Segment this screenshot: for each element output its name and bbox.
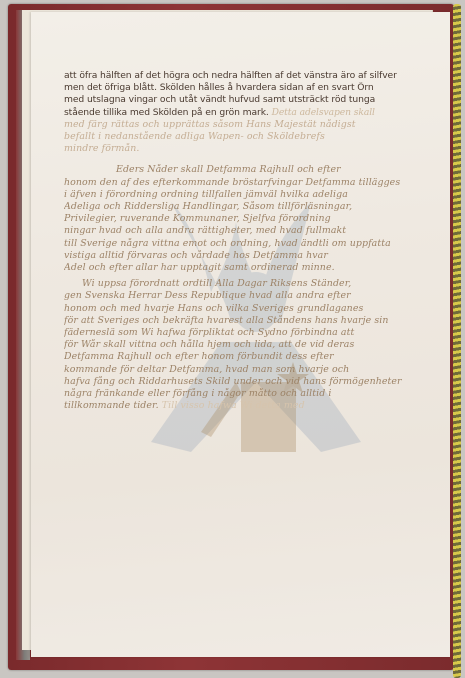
faded-text-segment: Till visso hafwa Wi detta med — [162, 400, 305, 411]
text-line: honom och med hvarje Hans och vilka Sver… — [64, 303, 402, 315]
text-segment: tillkommande tider. — [64, 400, 159, 411]
text-line: mindre förmån. — [64, 143, 402, 155]
text-line: Detfamma Rajhull och efter honom förbund… — [64, 351, 402, 363]
text-line: vistiga alltid förvaras och vårdade hos … — [64, 250, 402, 262]
text-line: att öfra hälften af det högra och nedra … — [64, 70, 402, 82]
text-line: för att Sveriges och bekräfta hvarest al… — [64, 315, 402, 327]
text-line: fäderneslä som Wi hafwa förpliktat och S… — [64, 327, 402, 339]
text-line: gen Svenska Herrar Dess Republique hvad … — [64, 290, 402, 302]
text-line: med utslagna vingar och utåt vändt hufvu… — [64, 94, 402, 106]
text-line: med färg rättas och upprättas såsom Hans… — [64, 119, 402, 131]
text-line: stående tillika med Skölden på en grön m… — [64, 107, 402, 119]
text-line: i äfven i förordning ordning tillfallen … — [64, 189, 402, 201]
text-line: tillkommande tider. Till visso hafwa Wi … — [64, 400, 402, 412]
manuscript-page: att öfra hälften af det högra och nedra … — [31, 12, 450, 657]
text-line: till Sverige några vittna emot och ordni… — [64, 238, 402, 250]
text-line: hafva fång och Riddarhusets Skild under … — [64, 376, 402, 388]
text-line: Adeliga och Riddersliga Handlingar, Såso… — [64, 201, 402, 213]
text-line: befallt i nedanstående adliga Wapen- och… — [64, 131, 402, 143]
text-line: Wi uppsa förordnatt ordtill Alla Dagar R… — [64, 278, 402, 290]
manuscript-text: att öfra hälften af det högra och nedra … — [64, 70, 402, 412]
text-line: Eders Nåder skall Detfamma Rajhull och e… — [64, 164, 402, 176]
text-line: Privilegier, ruverande Kommunaner, Sjelf… — [64, 213, 402, 225]
text-line: kommande för deltar Detfamma, hvad man s… — [64, 364, 402, 376]
text-line: Adel och efter allar har upptagit samt o… — [64, 262, 402, 274]
faded-text-segment: Detta adelsvapen skall — [272, 107, 375, 118]
binding-cord — [453, 4, 461, 678]
text-line: för Wår skall vittna och hålla hjem och … — [64, 339, 402, 351]
text-line: ningar hvad och alla andra rättigheter, … — [64, 225, 402, 237]
text-line: men det öfriga blått. Skölden hålles å h… — [64, 82, 402, 94]
text-segment: stående tillika med Skölden på en grön m… — [64, 107, 269, 118]
text-line: honom den af des efterkommande bröstarfv… — [64, 177, 402, 189]
text-line: några fränkande eller förfång i någor må… — [64, 388, 402, 400]
